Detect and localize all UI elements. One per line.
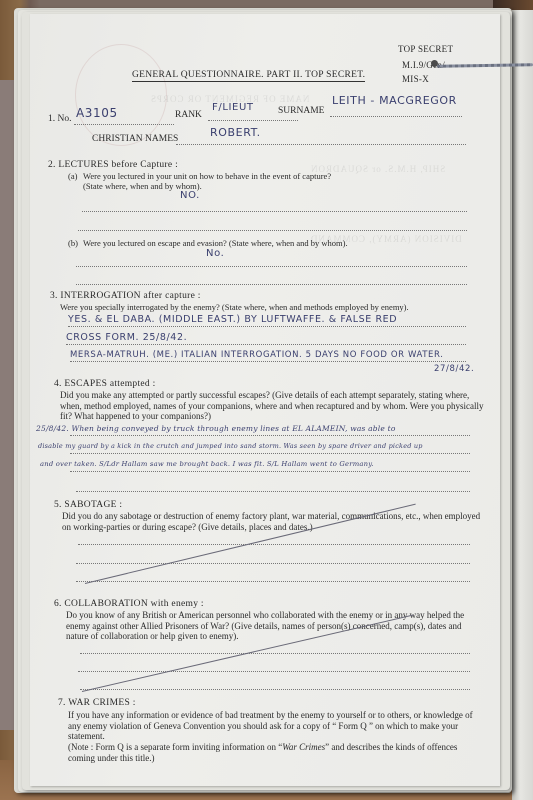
question-a-text: Were you lectured in your unit on how to… [83, 171, 331, 181]
question-b-answer: No. [206, 248, 224, 259]
war-crimes-note: (Note : Form Q is a separate form inviti… [68, 742, 486, 763]
interrogation-answer-line-1: YES. & EL DABA. (MIDDLE EAST.) BY LUFTWA… [68, 314, 397, 325]
answer-line [68, 326, 466, 327]
christian-names-value: ROBERT. [210, 126, 261, 139]
interrogation-question: Were you specially interrogated by the e… [60, 302, 409, 312]
christian-names-label: CHRISTIAN NAMES [92, 134, 178, 144]
classification-label: TOP SECRET [398, 44, 453, 54]
war-crimes-text: If you have any information or evidence … [68, 710, 486, 742]
interrogation-answer-line-3: MERSA-MATRUH. (ME.) ITALIAN INTERROGATIO… [70, 350, 444, 360]
interrogation-answer-line-4: 27/8/42. [434, 364, 474, 374]
christian-names-line [176, 144, 466, 145]
escapes-heading: 4. ESCAPES attempted : [54, 379, 156, 389]
rank-value: F/LIEUT [212, 102, 254, 113]
question-b-label: (b) [68, 238, 78, 248]
surname-value: LEITH - MACGREGOR [332, 94, 457, 107]
escapes-answer-line-1: 25/8/42. When being conveyed by truck th… [36, 424, 396, 433]
sabotage-heading: 5. SABOTAGE : [54, 500, 122, 510]
surname-label: SURNAME [278, 106, 324, 116]
answer-line [76, 491, 470, 492]
question-a-label: (a) [68, 171, 77, 181]
answer-line [76, 581, 470, 582]
service-number-value: A3105 [76, 106, 118, 120]
note-italic: War Crimes [282, 742, 325, 752]
answer-line [76, 284, 467, 285]
interrogation-answer-line-2: CROSS FORM. 25/8/42. [66, 332, 187, 343]
answer-line [70, 453, 470, 454]
answer-line [78, 230, 467, 231]
answer-line [70, 361, 466, 362]
rank-label: RANK [175, 110, 202, 120]
answer-line [76, 266, 467, 267]
rank-line [208, 120, 298, 121]
answer-line [82, 211, 467, 212]
answer-line [80, 689, 470, 690]
answer-line [66, 344, 466, 345]
collaboration-question: Do you know of any British or American p… [66, 610, 486, 642]
war-crimes-heading: 7. WAR CRIMES : [58, 698, 136, 708]
questionnaire-page: NAME OF REGIMENT OR CORPS SHIP, H.M.S. o… [30, 14, 500, 786]
collaboration-heading: 6. COLLABORATION with enemy : [54, 599, 204, 609]
interrogation-heading: 3. INTERROGATION after capture : [50, 291, 201, 301]
surname-line [330, 116, 462, 117]
sabotage-question: Did you do any sabotage or destruction o… [62, 511, 486, 532]
answer-line [70, 471, 470, 472]
lectures-heading: 2. LECTURES before Capture : [48, 160, 178, 170]
question-a-answer: NO. [180, 190, 200, 201]
no-label: 1. No. [48, 114, 72, 124]
answer-line [70, 435, 470, 436]
escapes-answer-line-2: disable my guard by a kick in the crutch… [38, 442, 423, 450]
answer-line [78, 671, 470, 672]
answer-line [76, 563, 470, 564]
note-prefix: (Note : Form Q is a separate form inviti… [68, 742, 282, 752]
form-title: GENERAL QUESTIONNAIRE. PART II. TOP SECR… [132, 70, 365, 82]
answer-line [80, 653, 470, 654]
answer-line [78, 544, 470, 545]
department-label: MIS-X [402, 74, 429, 84]
escapes-question: Did you make any attempted or partly suc… [60, 390, 484, 422]
no-line [74, 124, 174, 125]
question-b-text: Were you lectured on escape and evasion?… [83, 238, 348, 248]
escapes-answer-line-3: and over taken. S/Ldr Hallam saw me brou… [40, 460, 374, 468]
adjacent-file-stack [512, 10, 533, 800]
